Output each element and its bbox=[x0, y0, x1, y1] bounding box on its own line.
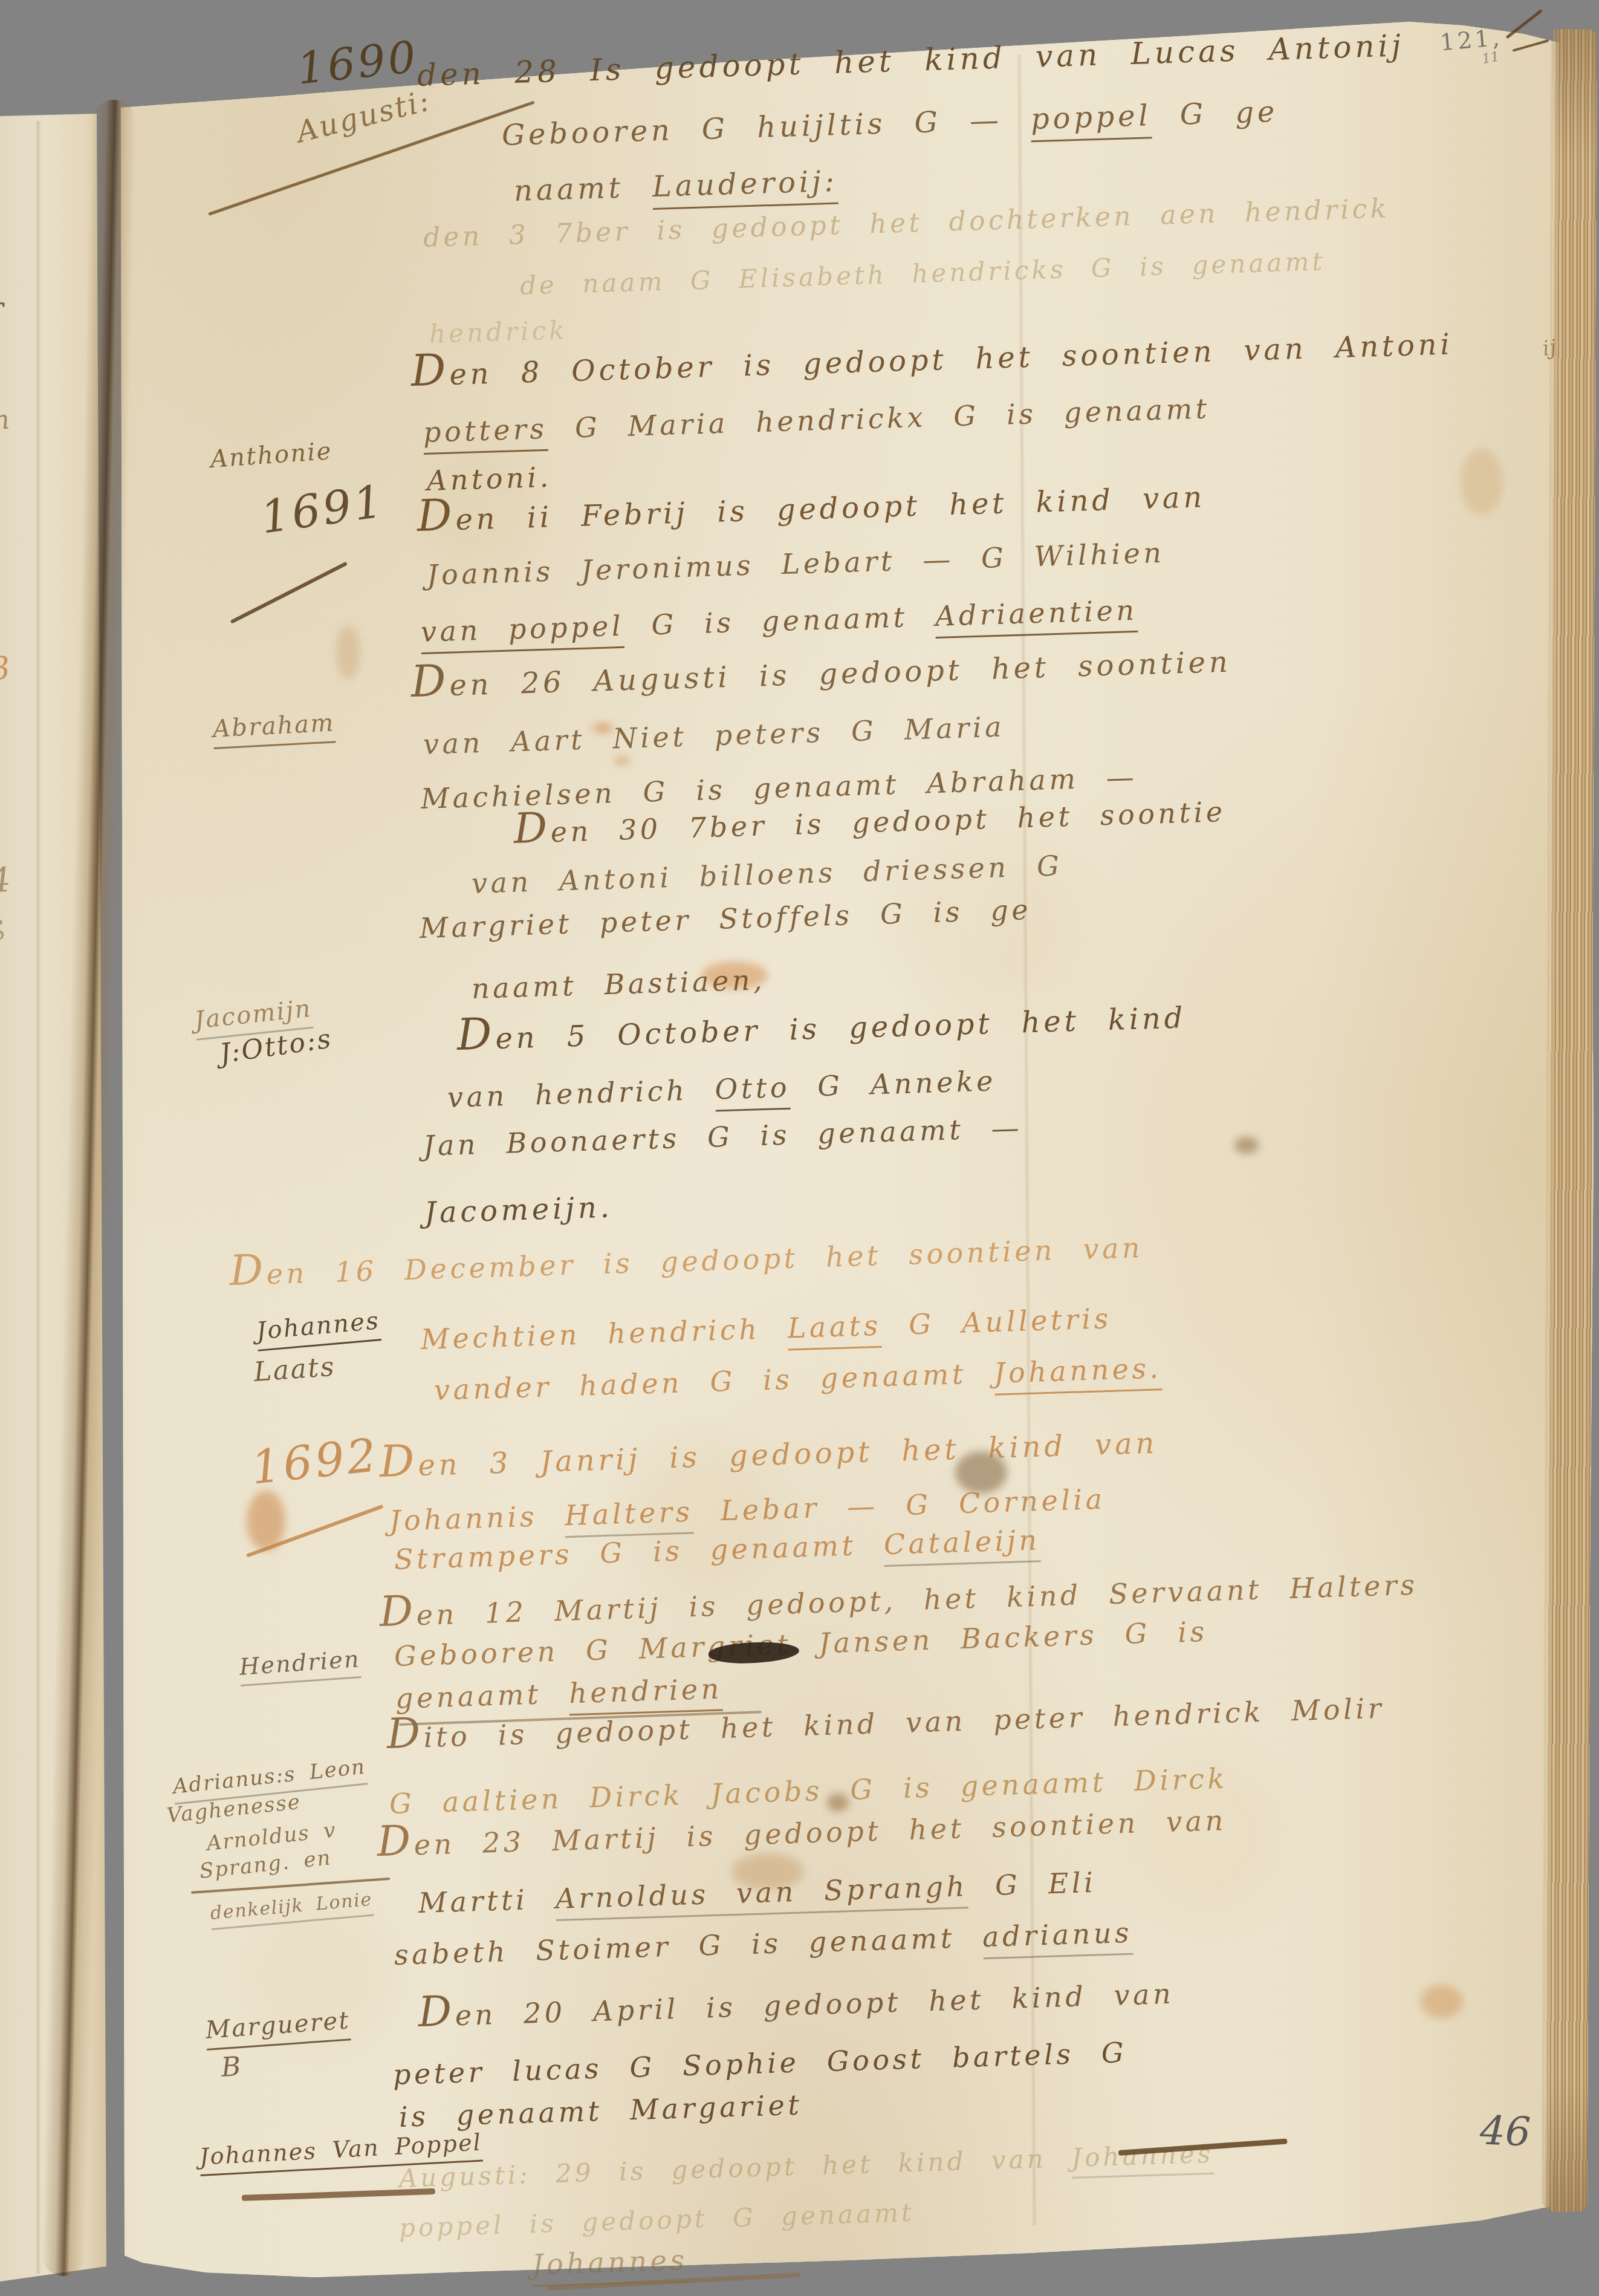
paper-stain bbox=[1461, 449, 1503, 515]
handwriting-segment: naamt bbox=[513, 170, 653, 208]
handwriting-segment: D bbox=[386, 1709, 424, 1758]
handwriting-segment: Laats bbox=[253, 1351, 336, 1388]
handwriting-segment: adrianus bbox=[982, 1916, 1133, 1960]
handwriting-segment: Laats bbox=[787, 1309, 882, 1351]
handwriting-segment: hendrick bbox=[429, 315, 568, 349]
handwriting-segment: G ge bbox=[1151, 95, 1279, 132]
manuscript-line: naamt Bastiaen, bbox=[471, 966, 765, 1003]
handwriting-segment: Johannis bbox=[389, 1499, 565, 1537]
handwriting-segment: Halters bbox=[564, 1495, 693, 1538]
handwriting-segment: G Anneke bbox=[790, 1064, 997, 1103]
handwriting-segment: Johannes. bbox=[993, 1351, 1162, 1395]
handwriting-segment: Jacomeijn. bbox=[424, 1190, 613, 1229]
handwriting-segment: Cataleijn bbox=[883, 1523, 1041, 1567]
manuscript-line: Johannes bbox=[531, 2246, 688, 2278]
handwriting-segment: Abraham bbox=[212, 709, 336, 749]
margin-note: Hendrien bbox=[239, 1647, 361, 1679]
margin-note: Abraham bbox=[212, 711, 336, 741]
manuscript-line: hendrick bbox=[429, 317, 568, 347]
handwriting-segment: D bbox=[229, 1246, 267, 1295]
margin-note: B bbox=[220, 2054, 243, 2081]
pencil-page-number: 121, bbox=[1439, 24, 1503, 56]
margin-note: Laats bbox=[253, 1354, 336, 1386]
handwriting-segment: Adriaentien bbox=[935, 594, 1138, 639]
handwriting-segment: D bbox=[456, 1008, 496, 1060]
handwriting-segment: D bbox=[410, 344, 450, 396]
ink-fragment: 4 bbox=[0, 863, 13, 899]
manuscript-line: genaamt hendrien bbox=[395, 1674, 722, 1712]
handwriting-segment: D bbox=[378, 1435, 418, 1487]
handwriting-segment: poppel bbox=[1030, 99, 1152, 142]
handwriting-segment: Martti bbox=[418, 1882, 556, 1919]
handwriting-segment: D bbox=[377, 1816, 415, 1866]
paper-stain bbox=[1234, 1137, 1259, 1154]
handwriting-segment: G Eli bbox=[967, 1866, 1097, 1902]
handwriting-segment: Lauderoij: bbox=[652, 164, 838, 210]
paper-stain bbox=[336, 625, 360, 680]
handwriting-segment: B bbox=[220, 2051, 243, 2083]
paper-stain bbox=[614, 757, 630, 764]
handwriting-segment: D bbox=[418, 1987, 456, 2037]
handwriting-segment: den 28 bbox=[417, 53, 591, 93]
facing-page-crease bbox=[35, 121, 41, 2274]
ink-fragment: ij bbox=[1542, 337, 1558, 359]
handwriting-segment: D bbox=[379, 1587, 417, 1636]
handwriting-segment: D bbox=[410, 655, 450, 707]
handwriting-segment: Otto bbox=[715, 1071, 791, 1112]
handwriting-segment: potters bbox=[423, 412, 548, 455]
manuscript-line: naamt Lauderoij: bbox=[513, 167, 838, 206]
ink-fragment: 11 bbox=[1481, 50, 1500, 67]
paper-stain bbox=[1421, 1985, 1463, 2018]
margin-note: 1692 bbox=[249, 1432, 381, 1491]
handwriting-segment: D bbox=[416, 489, 456, 541]
handwriting-segment: D bbox=[513, 804, 551, 853]
handwriting-segment: hendrien bbox=[568, 1672, 722, 1715]
manuscript-line: Jacomeijn. bbox=[424, 1192, 613, 1227]
folio-number: 46 bbox=[1479, 2107, 1532, 2156]
handwriting-segment: van poppel bbox=[420, 610, 624, 654]
margin-note: 1690 bbox=[295, 34, 420, 91]
